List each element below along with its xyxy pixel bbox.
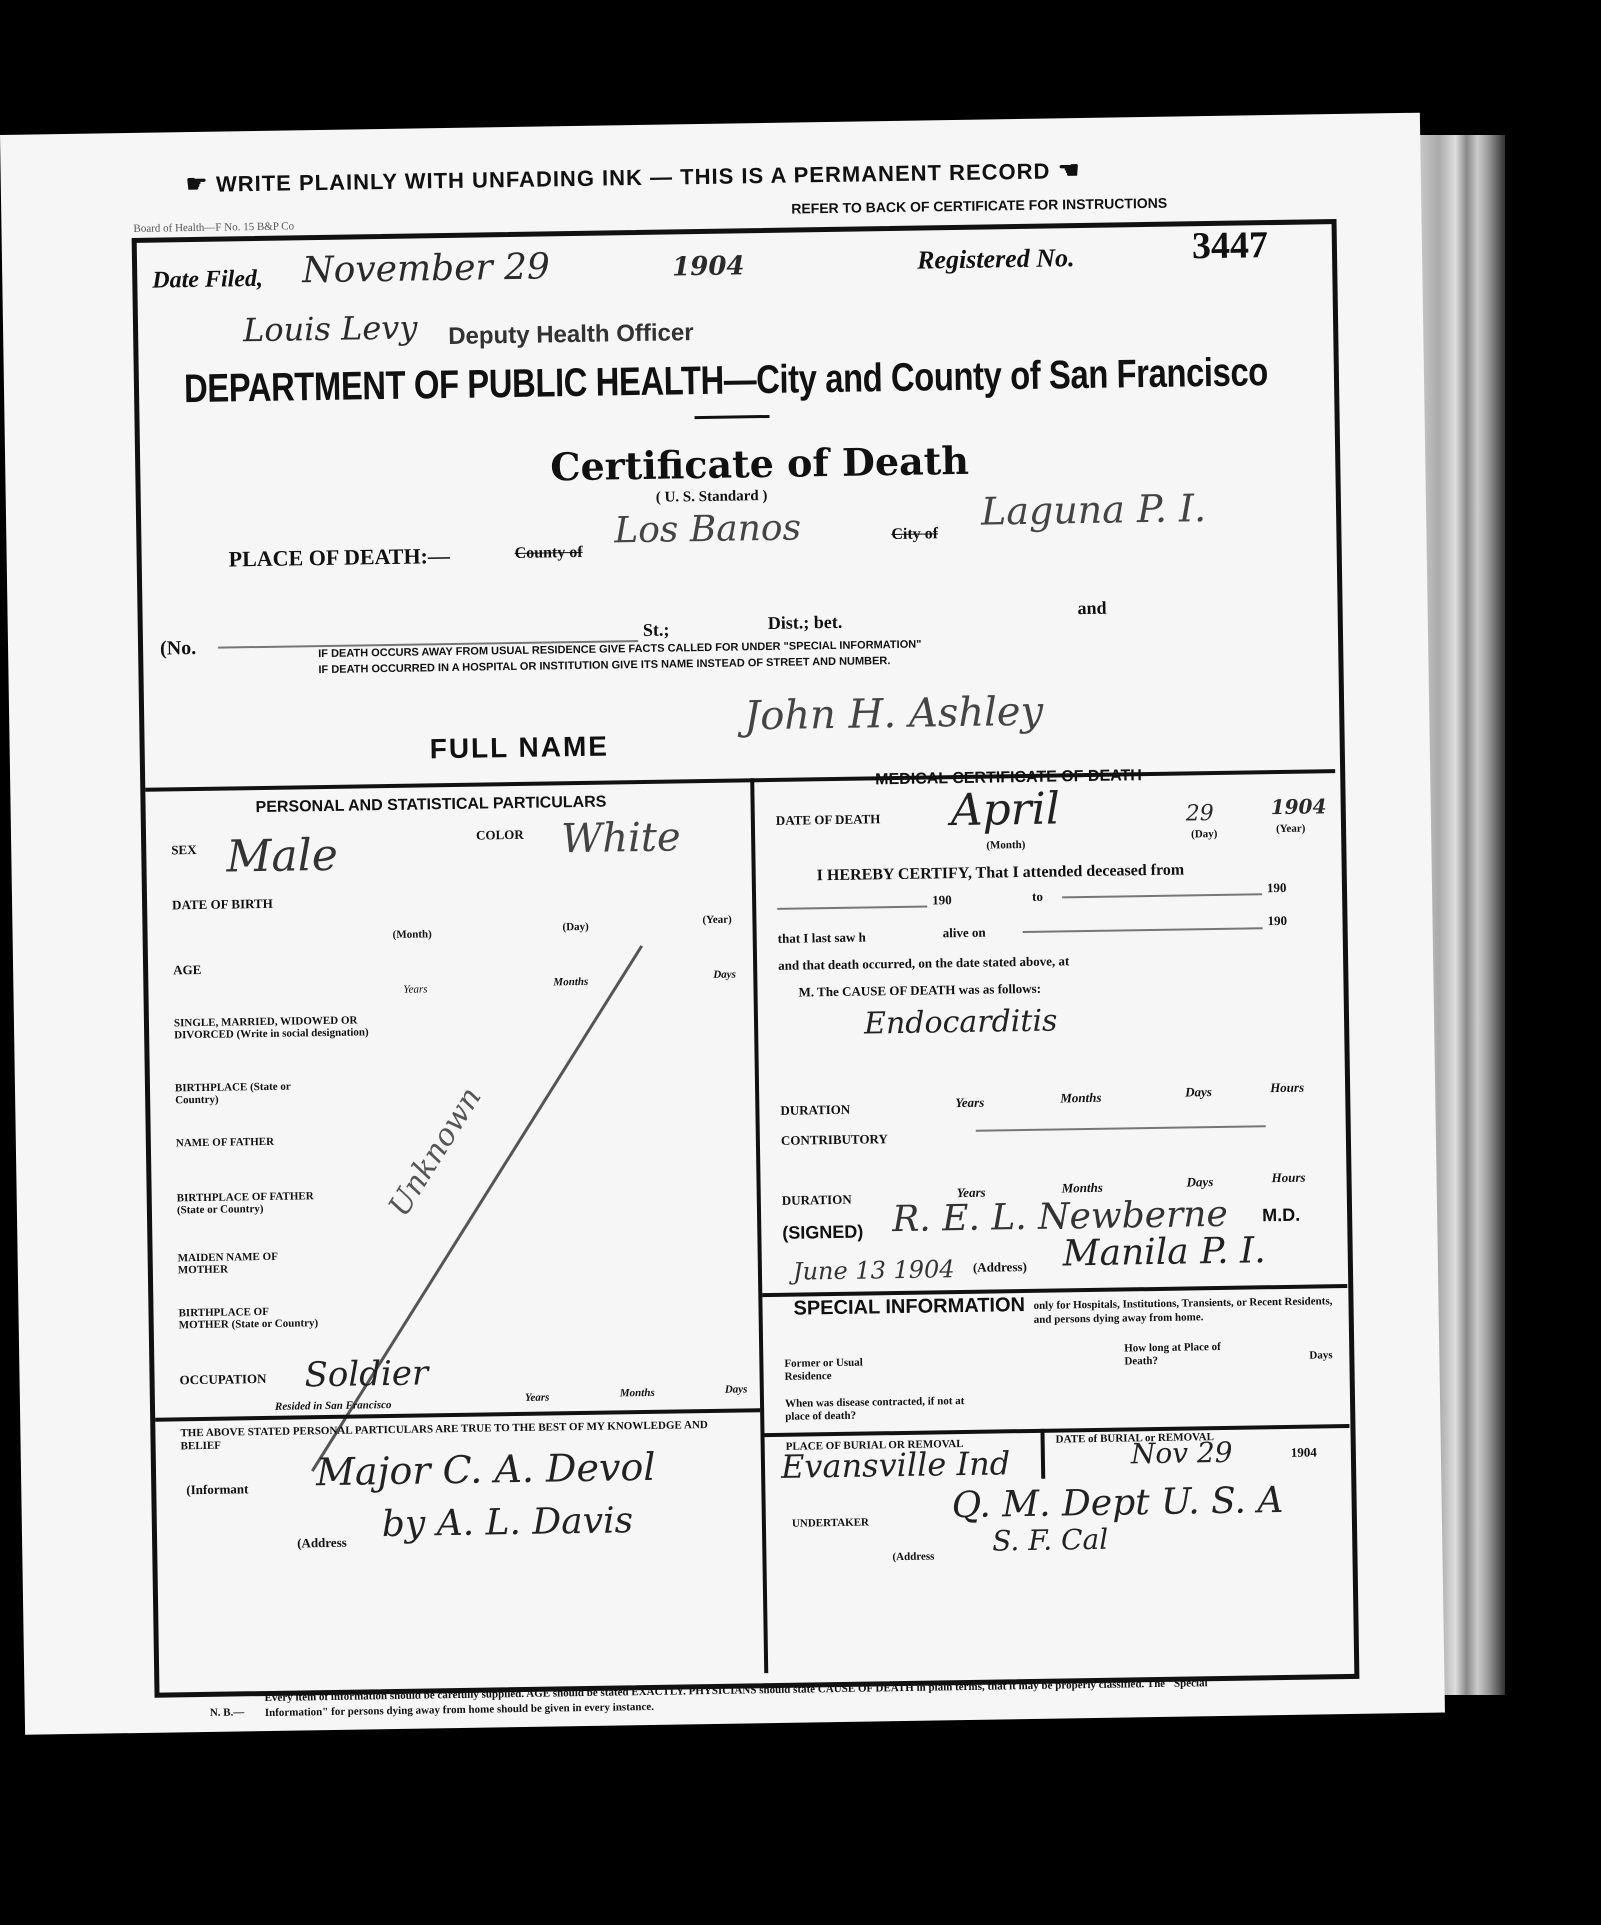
marital-status-label: SINGLE, MARRIED, WIDOWED OR DIVORCED (Wr…	[174, 1014, 404, 1042]
dob-month-label: (Month)	[393, 928, 432, 941]
duration-label: DURATION	[780, 1102, 850, 1119]
duration-months: Months	[1060, 1090, 1101, 1107]
century-mark-to: 190	[1267, 880, 1287, 896]
age-years-label: Years	[403, 983, 427, 995]
informant-address-value: by A. L. Davis	[382, 1500, 634, 1545]
registered-number: 3447	[1192, 223, 1269, 268]
resided-years-label: Years	[525, 1392, 550, 1404]
md-label: M.D.	[1262, 1205, 1300, 1227]
birthplace-label: BIRTHPLACE (State or Country)	[175, 1080, 305, 1106]
dob-day-label: (Day)	[562, 921, 588, 933]
signed-date: June 13 1904	[793, 1255, 955, 1286]
physician-address-value: Manila P. I.	[1062, 1230, 1266, 1274]
informant-value: Major C. A. Devol	[316, 1445, 656, 1494]
sex-label: SEX	[171, 842, 197, 858]
informant-label: (Informant	[186, 1481, 248, 1498]
and-label: and	[1077, 598, 1106, 619]
county-label: County of	[515, 544, 583, 563]
cause-of-death-value: Endocarditis	[864, 1004, 1058, 1042]
city-label: City of	[891, 525, 938, 544]
certificate-title: Certificate of Death	[550, 438, 969, 490]
county-value: Los Banos	[614, 507, 801, 551]
resided-days-label: Days	[725, 1383, 748, 1395]
color-value: White	[561, 814, 681, 862]
date-filed-value: November 29	[302, 246, 550, 291]
death-certificate-page: ☛ WRITE PLAINLY WITH UNFADING INK — THIS…	[0, 113, 1445, 1735]
century-mark-from: 190	[932, 892, 952, 908]
undertaker-value: Q. M. Dept U. S. A	[951, 1480, 1283, 1526]
death-year-value: 1904	[1271, 794, 1327, 819]
refer-instructions: REFER TO BACK OF CERTIFICATE FOR INSTRUC…	[791, 195, 1167, 217]
dob-year-label: (Year)	[702, 914, 732, 926]
officer-title: Deputy Health Officer	[448, 319, 694, 351]
duration-2-days: Days	[1186, 1174, 1213, 1190]
burial-year-value: 1904	[1291, 1444, 1317, 1460]
last-saw-text: that I last saw h	[778, 930, 866, 947]
death-month-value: April	[950, 783, 1060, 836]
how-long-days-label: Days	[1309, 1349, 1332, 1361]
father-birthplace-label: BIRTHPLACE OF FATHER (State or Country)	[177, 1190, 317, 1216]
age-months-label: Months	[553, 976, 588, 989]
undertaker-label: UNDERTAKER	[792, 1517, 869, 1530]
street-no-label: (No.	[160, 637, 196, 661]
undertaker-address-value: S. F. Cal	[992, 1523, 1108, 1558]
officer-signature: Louis Levy	[243, 308, 418, 349]
alive-on-text: alive on	[943, 925, 986, 942]
place-of-death-label: PLACE OF DEATH:—	[228, 543, 450, 572]
duration-2-months: Months	[1062, 1180, 1103, 1197]
signed-label: (SIGNED)	[782, 1222, 863, 1244]
burial-column-divider	[1040, 1429, 1045, 1479]
burial-place-value: Evansville Ind	[781, 1444, 1011, 1486]
duration-days: Days	[1185, 1084, 1212, 1100]
color-label: COLOR	[476, 827, 524, 844]
mother-name-label: MAIDEN NAME OF MOTHER	[178, 1250, 308, 1276]
pointing-hand-icon: ☛	[186, 171, 217, 198]
undertaker-address-label: (Address	[892, 1550, 934, 1563]
duration-hours: Hours	[1270, 1080, 1304, 1097]
form-id: Board of Health—F No. 15 B&P Co	[133, 220, 294, 235]
occupation-label: OCCUPATION	[179, 1371, 266, 1388]
registered-label: Registered No.	[917, 243, 1075, 275]
dob-label: DATE OF BIRTH	[172, 896, 273, 914]
how-long-label: How long at Place of Death?	[1124, 1341, 1234, 1369]
duration-2-hours: Hours	[1271, 1170, 1305, 1187]
age-days-label: Days	[713, 969, 736, 981]
physician-address-label: (Address)	[973, 1259, 1027, 1276]
former-residence-label: Former or Usual Residence	[784, 1356, 884, 1384]
to-label: to	[1032, 889, 1043, 905]
district-label: Dist.; bet.	[768, 612, 843, 634]
death-day-label: (Day)	[1191, 828, 1217, 840]
duration-years: Years	[955, 1095, 984, 1111]
warning-banner: ☛ WRITE PLAINLY WITH UNFADING INK — THIS…	[186, 156, 1081, 199]
century-mark-alive: 190	[1267, 913, 1287, 929]
certificate-subtitle: ( U. S. Standard )	[656, 488, 768, 507]
mother-birthplace-label: BIRTHPLACE OF MOTHER (State or Country)	[178, 1305, 318, 1331]
contributory-label: CONTRIBUTORY	[781, 1131, 888, 1149]
date-filed-year: 1904	[672, 251, 745, 282]
occupation-value: Soldier	[304, 1353, 428, 1395]
resided-label: Resided in San Francisco	[275, 1399, 392, 1413]
resided-months-label: Months	[620, 1387, 655, 1400]
death-month-label: (Month)	[986, 839, 1025, 852]
date-filed-label: Date Filed,	[152, 266, 263, 295]
nb-label: N. B.—	[210, 1706, 245, 1719]
full-name-value: John H. Ashley	[744, 689, 1044, 740]
street-label: St.;	[643, 620, 670, 641]
date-of-death-label: DATE OF DEATH	[776, 811, 881, 829]
sex-value: Male	[226, 830, 338, 883]
informant-address-label: (Address	[297, 1535, 347, 1552]
death-day-value: 29	[1186, 801, 1214, 826]
disease-contracted-label: When was disease contracted, if not at p…	[785, 1395, 985, 1424]
age-label: AGE	[173, 962, 201, 978]
full-name-label: FULL NAME	[429, 731, 609, 766]
city-value: Laguna P. I.	[981, 486, 1207, 534]
burial-date-value: Nov 29	[1131, 1436, 1233, 1471]
father-name-label: NAME OF FATHER	[176, 1136, 276, 1150]
death-year-label: (Year)	[1276, 823, 1306, 835]
pointing-hand-icon: ☚	[1050, 157, 1081, 184]
duration-2-label: DURATION	[782, 1192, 852, 1209]
